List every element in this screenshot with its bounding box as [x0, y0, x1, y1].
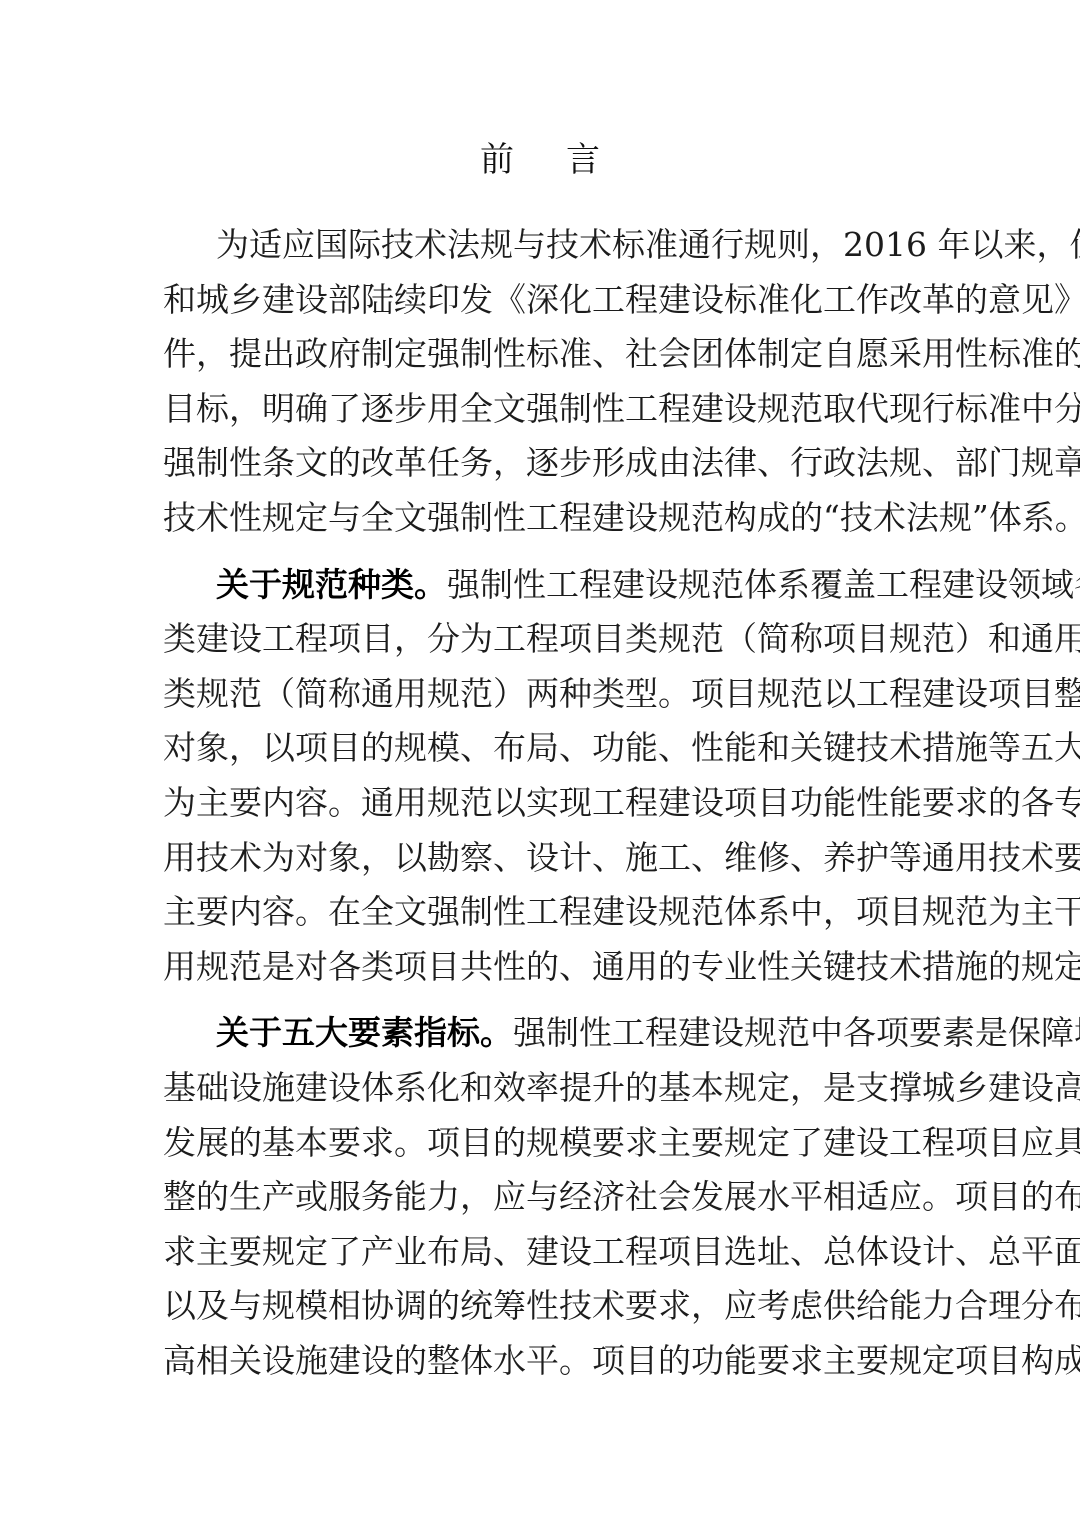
paragraph-intro: 为适应国际技术法规与技术标准通行规则，2016 年以来，住房 和城乡建设部陆续印…	[163, 222, 918, 550]
text-line: 技术性规定与全文强制性工程建设规范构成的“技术法规”体系。	[163, 495, 918, 550]
text-line: 类规范（简称通用规范）两种类型。项目规范以工程建设项目整体为	[163, 671, 918, 726]
text-line: 主要内容。在全文强制性工程建设规范体系中，项目规范为主干，通	[163, 889, 918, 944]
paragraph-spec-types: 关于规范种类。强制性工程建设规范体系覆盖工程建设领域各 类建设工程项目，分为工程…	[163, 562, 918, 999]
text-line-rest: 强制性工程建设规范中各项要素是保障城乡	[513, 1013, 1080, 1052]
text-line: 目标，明确了逐步用全文强制性工程建设规范取代现行标准中分散的	[163, 386, 918, 441]
text-line: 发展的基本要求。项目的规模要求主要规定了建设工程项目应具备完	[163, 1120, 918, 1175]
text-line: 件，提出政府制定强制性标准、社会团体制定自愿采用性标准的长远	[163, 331, 918, 386]
text-line: 和城乡建设部陆续印发《深化工程建设标准化工作改革的意见》等文	[163, 277, 918, 332]
text-line: 类建设工程项目，分为工程项目类规范（简称项目规范）和通用技术	[163, 616, 918, 671]
text-line: 以及与规模相协调的统筹性技术要求，应考虑供给能力合理分布，提	[163, 1283, 918, 1338]
text-line: 为主要内容。通用规范以实现工程建设项目功能性能要求的各专业通	[163, 780, 918, 835]
page-title: 前言	[0, 136, 1080, 184]
text-line: 用技术为对象，以勘察、设计、施工、维修、养护等通用技术要求为	[163, 835, 918, 890]
paragraph-lead: 关于五大要素指标。	[216, 1013, 513, 1052]
text-line: 用规范是对各类项目共性的、通用的专业性关键技术措施的规定。	[163, 944, 918, 999]
text-line: 为适应国际技术法规与技术标准通行规则，2016 年以来，住房	[163, 222, 918, 277]
paragraph-lead: 关于规范种类。	[216, 565, 447, 604]
body-text: 为适应国际技术法规与技术标准通行规则，2016 年以来，住房 和城乡建设部陆续印…	[163, 222, 918, 1392]
text-line: 关于规范种类。强制性工程建设规范体系覆盖工程建设领域各	[163, 562, 918, 617]
text-line: 强制性条文的改革任务，逐步形成由法律、行政法规、部门规章中的	[163, 440, 918, 495]
text-line: 基础设施建设体系化和效率提升的基本规定，是支撑城乡建设高质量	[163, 1065, 918, 1120]
text-line-rest: 强制性工程建设规范体系覆盖工程建设领域各	[447, 565, 1080, 604]
text-line: 整的生产或服务能力，应与经济社会发展水平相适应。项目的布局要	[163, 1174, 918, 1229]
paragraph-five-elements: 关于五大要素指标。强制性工程建设规范中各项要素是保障城乡 基础设施建设体系化和效…	[163, 1010, 918, 1392]
document-page: 前言 为适应国际技术法规与技术标准通行规则，2016 年以来，住房 和城乡建设部…	[0, 0, 1080, 1527]
text-line: 求主要规定了产业布局、建设工程项目选址、总体设计、总平面布置	[163, 1229, 918, 1284]
text-line: 关于五大要素指标。强制性工程建设规范中各项要素是保障城乡	[163, 1010, 918, 1065]
text-line: 高相关设施建设的整体水平。项目的功能要求主要规定项目构成和用	[163, 1338, 918, 1393]
text-line: 对象，以项目的规模、布局、功能、性能和关键技术措施等五大要素	[163, 725, 918, 780]
